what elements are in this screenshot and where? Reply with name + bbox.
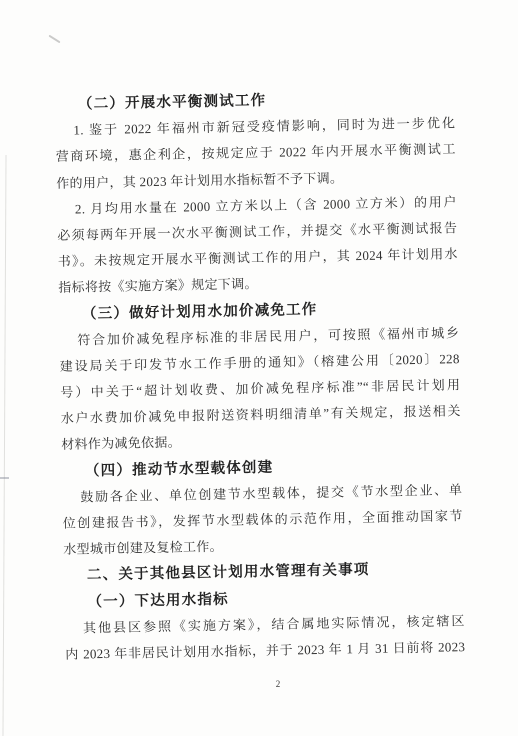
scan-artifact-smudge [48,35,60,44]
page-number: 2 [268,679,288,689]
scan-artifact-tick [0,477,9,479]
document-text-block: （二）开展水平衡测试工作 1. 鉴于 2022 年福州市新冠受疫情影响，同时为进… [55,84,466,668]
scan-artifact-left-edge [2,155,6,736]
scanned-document-page: （二）开展水平衡测试工作 1. 鉴于 2022 年福州市新冠受疫情影响，同时为进… [0,0,518,736]
